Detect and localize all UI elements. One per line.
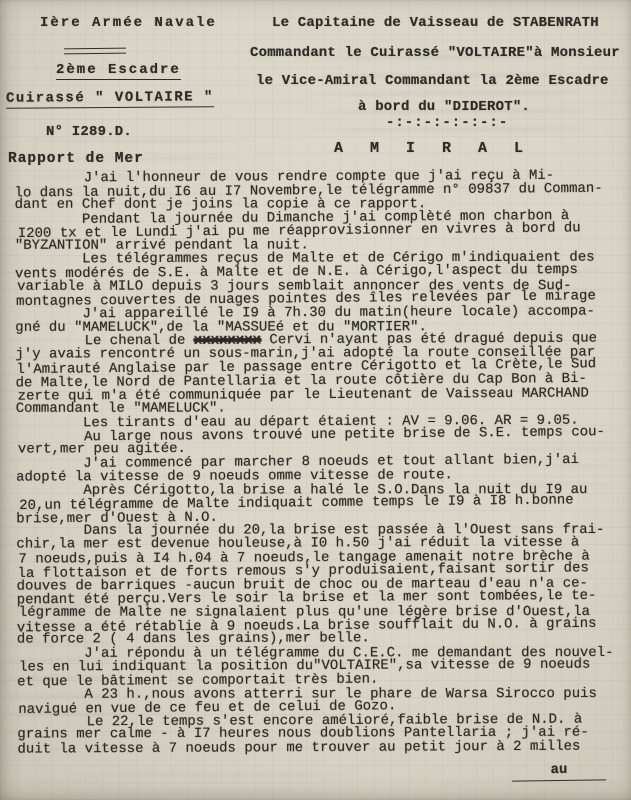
bleed-through-smudge [60,770,360,798]
salutation-amiral: A M I R A L [334,140,532,157]
addressee-ship-line: à bord du "DIDEROT". [358,99,530,115]
scanned-naval-report-page: Ière Armée Navale 2ème Escadre Cuirassé … [0,0,631,800]
catchword: au [512,761,606,781]
report-body: J'ai l'honneur de vous rendre compte que… [14,169,623,757]
report-title: Rapport de Mer [8,151,144,167]
addressee-admiral-line: le Vice-Amiral Commandant la 2ème Escadr… [256,73,609,89]
document-number: N° I289.D. [46,124,132,140]
decorative-separator: -:-:-:-:-:-:- [386,115,508,131]
letterhead-rule [64,48,126,55]
sender-captain-line: Le Capitaine de Vaisseau de STABENRATH [272,15,599,31]
letterhead-squadron: 2ème Escadre [56,62,181,80]
sender-command-line: Commandant le Cuirassé "VOLTAIRE"à Monsi… [250,45,620,61]
body-line: duit la vitesse à 7 noeuds pour me trouv… [17,740,623,757]
letterhead-ship-name: Cuirassé " VOLTAIRE " [6,89,214,108]
letterhead-army-unit: Ière Armée Navale [40,15,217,31]
